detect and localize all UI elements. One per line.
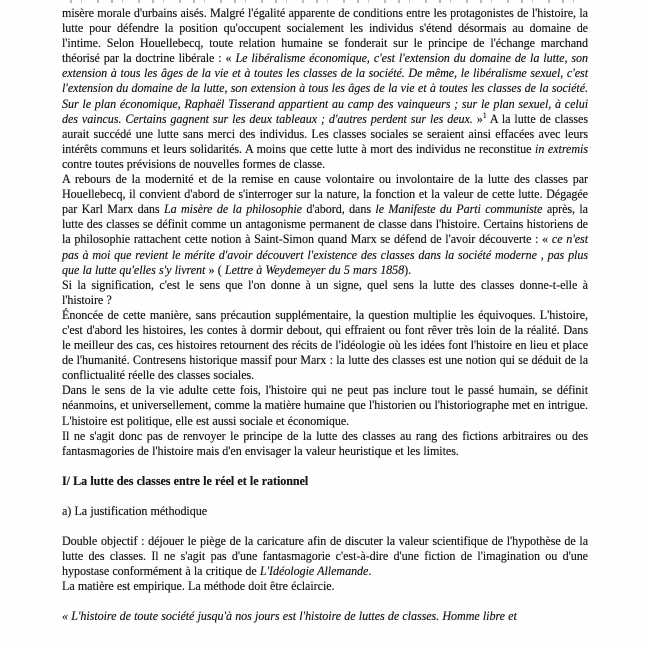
body-paragraph-3: Si la signification, c'est le sens que l… bbox=[62, 278, 588, 308]
text-run: Énoncée de cette manière, sans précautio… bbox=[62, 308, 588, 382]
section-heading-1: I/ La lutte des classes entre le réel et… bbox=[62, 474, 588, 489]
text-run: I/ La lutte des classes entre le réel et… bbox=[62, 474, 308, 488]
sub-heading-a: a) La justification méthodique bbox=[62, 504, 588, 519]
marx-quote: « L'histoire de toute société jusqu'à no… bbox=[62, 609, 588, 624]
body-paragraph-8: La matière est empirique. La méthode doi… bbox=[62, 579, 588, 594]
text-run: Il ne s'agit donc pas de renvoyer le pri… bbox=[62, 429, 588, 458]
text-run: « L'histoire de toute société jusqu'à no… bbox=[62, 609, 517, 623]
document-content: misère morale d'urbains aisés. Malgré l'… bbox=[62, 6, 588, 624]
text-run: La misère de la philosophie bbox=[164, 202, 302, 216]
text-run: Dans le sens de la vie adulte cette fois… bbox=[62, 383, 588, 427]
body-paragraph-6: Il ne s'agit donc pas de renvoyer le pri… bbox=[62, 429, 588, 459]
body-paragraph-4: Énoncée de cette manière, sans précautio… bbox=[62, 308, 588, 383]
text-run: Lettre à Weydemeyer du 5 mars 1858 bbox=[225, 263, 404, 277]
text-run: . bbox=[368, 564, 371, 578]
text-run: a) La justification méthodique bbox=[62, 504, 207, 518]
text-run: contre toutes prévisions de nouvelles fo… bbox=[62, 157, 325, 171]
body-paragraph-7: Double objectif : déjouer le piège de la… bbox=[62, 534, 588, 579]
body-paragraph-2: A rebours de la modernité et de la remis… bbox=[62, 172, 588, 278]
text-run: L'Idéologie Allemande bbox=[260, 564, 369, 578]
text-run: » bbox=[473, 112, 483, 126]
body-paragraph-1: misère morale d'urbains aisés. Malgré l'… bbox=[62, 6, 588, 172]
text-run: in extremis bbox=[535, 142, 588, 156]
text-run: d'abord, dans bbox=[302, 202, 375, 216]
text-run: La matière est empirique. La méthode doi… bbox=[62, 579, 335, 593]
text-run: » ( bbox=[205, 263, 225, 277]
clipped-previous-line-fragment bbox=[70, 0, 584, 3]
text-run: ). bbox=[404, 263, 411, 277]
text-run: Si la signification, c'est le sens que l… bbox=[62, 278, 588, 307]
body-paragraph-5: Dans le sens de la vie adulte cette fois… bbox=[62, 383, 588, 428]
text-run: le Manifeste du Parti communiste bbox=[375, 202, 542, 216]
document-page: misère morale d'urbains aisés. Malgré l'… bbox=[0, 0, 650, 650]
